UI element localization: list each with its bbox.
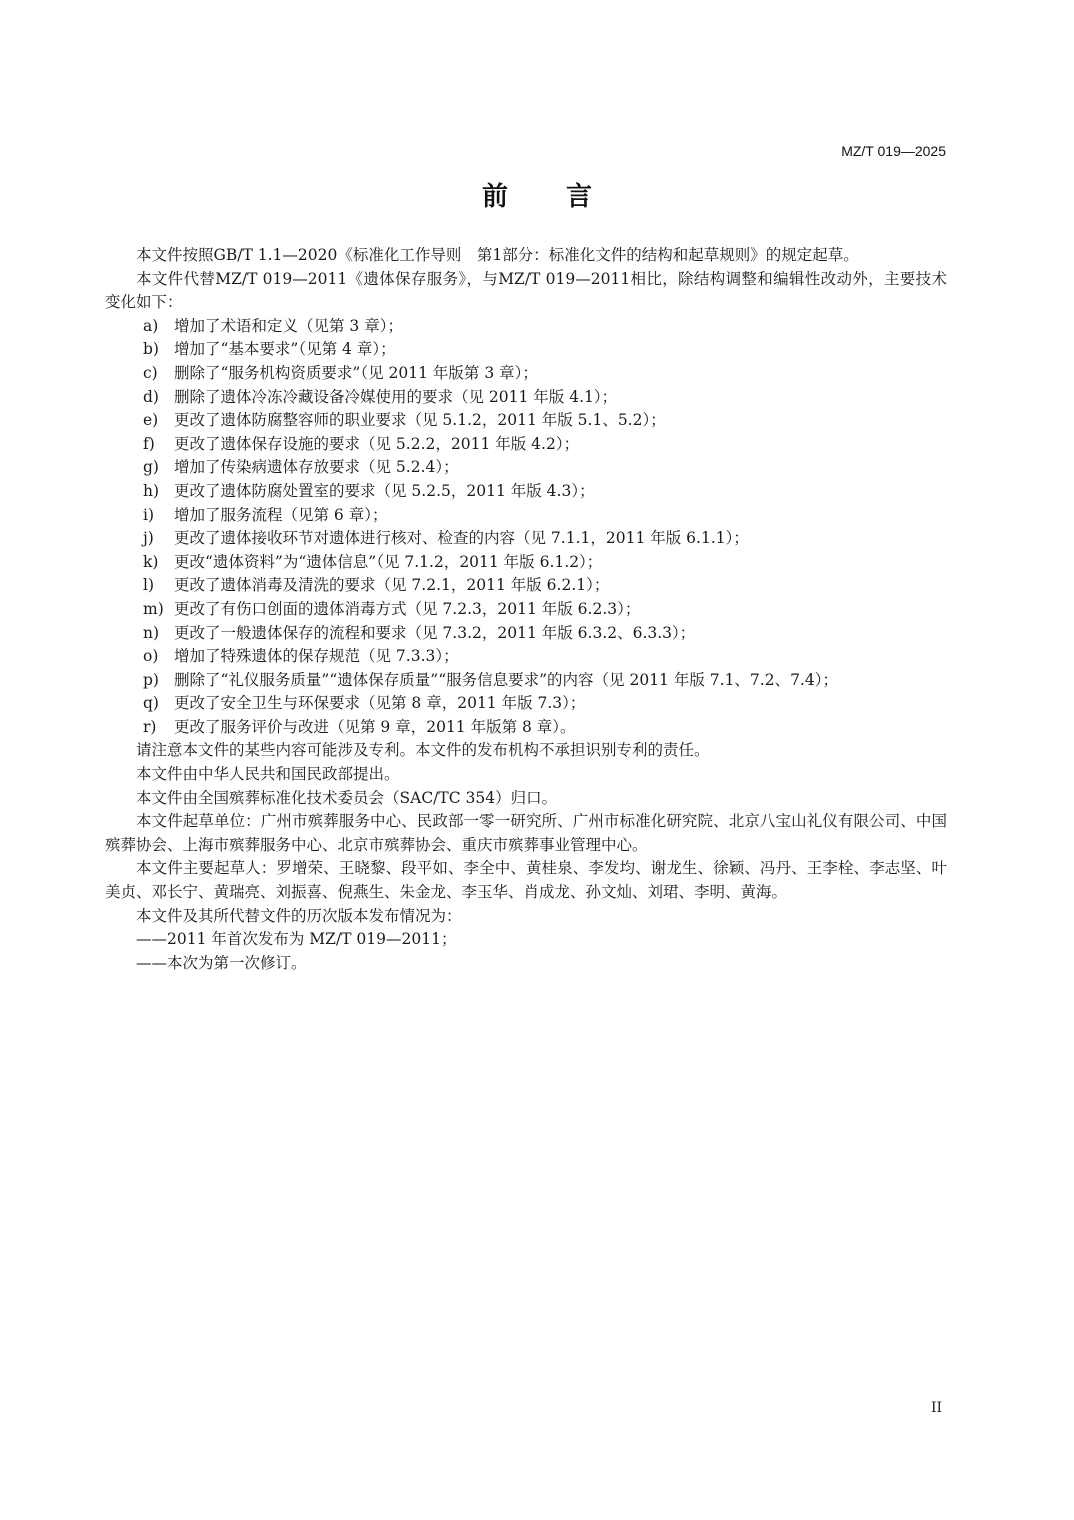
paragraph-replaces: 本文件代替MZ/T 019—2011《遗体保存服务》，与MZ/T 019—201… <box>105 268 947 315</box>
list-item: g)增加了传染病遗体存放要求（见 5.2.4）； <box>105 456 947 480</box>
history-item: ——2011 年首次发布为 MZ/T 019—2011； <box>105 928 947 952</box>
proposer-statement: 本文件由中华人民共和国民政部提出。 <box>105 763 947 787</box>
paragraph-drafting-rules: 本文件按照GB/T 1.1—2020《标准化工作导则 第1部分：标准化文件的结构… <box>105 244 947 268</box>
list-marker: d) <box>143 386 174 410</box>
list-text: 更改了有伤口创面的遗体消毒方式（见 7.2.3，2011 年版 6.2.3）； <box>174 600 640 618</box>
history-item: ——本次为第一次修订。 <box>105 952 947 976</box>
list-item: m)更改了有伤口创面的遗体消毒方式（见 7.2.3，2011 年版 6.2.3）… <box>105 598 947 622</box>
list-marker: c) <box>143 362 174 386</box>
title-char-2: 言 <box>566 176 592 213</box>
list-marker: o) <box>143 645 174 669</box>
list-text: 更改了遗体接收环节对遗体进行核对、检查的内容（见 7.1.1，2011 年版 6… <box>174 529 749 547</box>
list-text: 增加了传染病遗体存放要求（见 5.2.4）； <box>174 458 459 476</box>
list-item: e)更改了遗体防腐整容师的职业要求（见 5.1.2，2011 年版 5.1、5.… <box>105 409 947 433</box>
list-text: 更改了遗体防腐处置室的要求（见 5.2.5，2011 年版 4.3）； <box>174 482 595 500</box>
list-item: c)删除了“服务机构资质要求”（见 2011 年版第 3 章）； <box>105 362 947 386</box>
history-intro: 本文件及其所代替文件的历次版本发布情况为： <box>105 905 947 929</box>
list-marker: p) <box>143 669 174 693</box>
list-item: a)增加了术语和定义（见第 3 章）； <box>105 315 947 339</box>
list-marker: n) <box>143 622 174 646</box>
list-text: 更改“遗体资料”为“遗体信息”（见 7.1.2，2011 年版 6.1.2）； <box>174 553 602 571</box>
list-item: p)删除了“礼仪服务质量”“遗体保存质量”“服务信息要求”的内容（见 2011 … <box>105 669 947 693</box>
list-item: h)更改了遗体防腐处置室的要求（见 5.2.5，2011 年版 4.3）； <box>105 480 947 504</box>
list-item: n)更改了一般遗体保存的流程和要求（见 7.3.2，2011 年版 6.3.2、… <box>105 622 947 646</box>
list-item: q)更改了安全卫生与环保要求（见第 8 章，2011 年版 7.3）； <box>105 692 947 716</box>
list-text: 删除了“礼仪服务质量”“遗体保存质量”“服务信息要求”的内容（见 2011 年版… <box>174 671 838 689</box>
list-text: 删除了“服务机构资质要求”（见 2011 年版第 3 章）； <box>174 364 538 382</box>
page-title: 前言 <box>0 176 1074 213</box>
list-text: 更改了服务评价与改进（见第 9 章，2011 年版第 8 章）。 <box>174 718 576 736</box>
list-item: o)增加了特殊遗体的保存规范（见 7.3.3）； <box>105 645 947 669</box>
drafting-units: 本文件起草单位：广州市殡葬服务中心、民政部一零一研究所、广州市标准化研究院、北京… <box>105 810 947 857</box>
drafters: 本文件主要起草人：罗增荣、王晓黎、段平如、李全中、黄桂泉、李发均、谢龙生、徐颖、… <box>105 857 947 904</box>
list-marker: b) <box>143 338 174 362</box>
list-marker: h) <box>143 480 174 504</box>
patent-notice: 请注意本文件的某些内容可能涉及专利。本文件的发布机构不承担识别专利的责任。 <box>105 739 947 763</box>
foreword-body: 本文件按照GB/T 1.1—2020《标准化工作导则 第1部分：标准化文件的结构… <box>105 244 947 975</box>
list-item: j)更改了遗体接收环节对遗体进行核对、检查的内容（见 7.1.1，2011 年版… <box>105 527 947 551</box>
centralized-statement: 本文件由全国殡葬标准化技术委员会（SAC/TC 354）归口。 <box>105 787 947 811</box>
list-item: f)更改了遗体保存设施的要求（见 5.2.2，2011 年版 4.2）； <box>105 433 947 457</box>
title-char-1: 前 <box>482 176 508 213</box>
list-marker: m) <box>143 598 174 622</box>
list-marker: k) <box>143 551 174 575</box>
list-text: 更改了安全卫生与环保要求（见第 8 章，2011 年版 7.3）； <box>174 694 585 712</box>
list-item: b)增加了“基本要求”（见第 4 章）； <box>105 338 947 362</box>
list-text: 更改了遗体保存设施的要求（见 5.2.2，2011 年版 4.2）； <box>174 435 579 453</box>
list-item: r)更改了服务评价与改进（见第 9 章，2011 年版第 8 章）。 <box>105 716 947 740</box>
list-marker: l) <box>143 574 174 598</box>
list-item: l)更改了遗体消毒及清洗的要求（见 7.2.1，2011 年版 6.2.1）； <box>105 574 947 598</box>
list-text: 增加了服务流程（见第 6 章）； <box>174 506 387 524</box>
list-text: 更改了一般遗体保存的流程和要求（见 7.3.2，2011 年版 6.3.2、6.… <box>174 624 695 642</box>
list-marker: e) <box>143 409 174 433</box>
list-item: k)更改“遗体资料”为“遗体信息”（见 7.1.2，2011 年版 6.1.2）… <box>105 551 947 575</box>
list-text: 更改了遗体防腐整容师的职业要求（见 5.1.2，2011 年版 5.1、5.2）… <box>174 411 666 429</box>
list-marker: f) <box>143 433 174 457</box>
list-marker: a) <box>143 315 174 339</box>
list-text: 更改了遗体消毒及清洗的要求（见 7.2.1，2011 年版 6.2.1）； <box>174 576 609 594</box>
list-marker: g) <box>143 456 174 480</box>
list-text: 删除了遗体冷冻冷藏设备冷媒使用的要求（见 2011 年版 4.1）； <box>174 388 617 406</box>
list-marker: r) <box>143 716 174 740</box>
list-item: i)增加了服务流程（见第 6 章）； <box>105 504 947 528</box>
list-text: 增加了“基本要求”（见第 4 章）； <box>174 340 396 358</box>
list-marker: i) <box>143 504 174 528</box>
document-code: MZ/T 019—2025 <box>841 143 946 159</box>
list-item: d)删除了遗体冷冻冷藏设备冷媒使用的要求（见 2011 年版 4.1）； <box>105 386 947 410</box>
list-text: 增加了术语和定义（见第 3 章）； <box>174 317 403 335</box>
list-marker: j) <box>143 527 174 551</box>
page-number: II <box>931 1400 942 1416</box>
list-text: 增加了特殊遗体的保存规范（见 7.3.3）； <box>174 647 459 665</box>
list-marker: q) <box>143 692 174 716</box>
changes-list: a)增加了术语和定义（见第 3 章）； b)增加了“基本要求”（见第 4 章）；… <box>105 315 947 740</box>
